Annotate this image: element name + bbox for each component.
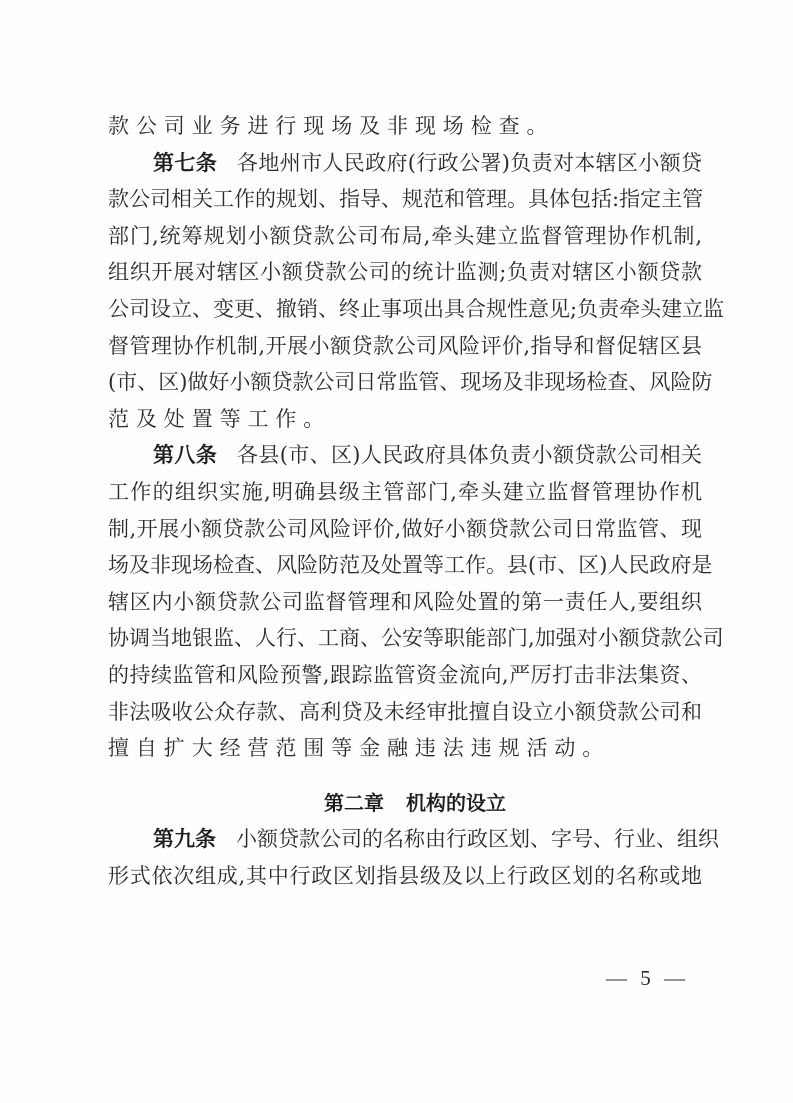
article-7-line: 款公司相关工作的规划、指导、规范和管理。具体包括:指定主管 [108, 181, 702, 218]
paragraph-continuation-line: 款公司业务进行现场及非现场检查。 [108, 108, 702, 145]
article-7-line: 组织开展对辖区小额贷款公司的统计监测;负责对辖区小额贷款 [108, 254, 702, 291]
article-8-line: 的持续监管和风险预警,跟踪监管资金流向,严厉打击非法集资、 [108, 657, 702, 694]
article-8-heading: 第八条 [153, 443, 217, 467]
article-8-line: 制,开展小额贷款公司风险评价,做好小额贷款公司日常监管、现 [108, 511, 702, 548]
article-8-line: 辖区内小额贷款公司监督管理和风险处置的第一责任人,要组织 [108, 584, 702, 621]
article-7-text: 各地州市人民政府(行政公署)负责对本辖区小额贷 [237, 151, 702, 175]
page-number: — 5 — [606, 966, 689, 991]
chapter-number: 第二章 [324, 791, 384, 815]
document-page: 款公司业务进行现场及非现场检查。 第七条各地州市人民政府(行政公署)负责对本辖区… [108, 108, 702, 894]
article-7-line: 公司设立、变更、撤销、终止事项出具合规性意见;负责牵头建立监 [108, 291, 702, 328]
article-8-line: 非法吸收公众存款、高利贷及未经审批擅自设立小额贷款公司和 [108, 694, 702, 731]
chapter-title: 机构的设立 [406, 791, 506, 815]
article-7-line: 范及处置等工作。 [108, 401, 702, 438]
article-9-heading: 第九条 [153, 827, 216, 851]
article-9-line: 形式依次组成,其中行政区划指县级及以上行政区划的名称或地 [108, 858, 702, 895]
article-8-line-1: 第八条各县(市、区)人民政府具体负责小额贷款公司相关 [108, 437, 702, 474]
article-7-line: (市、区)做好小额贷款公司日常监管、现场及非现场检查、风险防 [108, 364, 702, 401]
article-8-line: 场及非现场检查、风险防范及处置等工作。县(市、区)人民政府是 [108, 547, 702, 584]
article-9-line-1: 第九条小额贷款公司的名称由行政区划、字号、行业、组织 [108, 821, 702, 858]
article-7-line: 督管理协作机制,开展小额贷款公司风险评价,指导和督促辖区县 [108, 328, 702, 365]
article-7-line-1: 第七条各地州市人民政府(行政公署)负责对本辖区小额贷 [108, 145, 702, 182]
article-9-text: 小额贷款公司的名称由行政区划、字号、行业、组织 [236, 827, 719, 851]
article-7-line: 部门,统筹规划小额贷款公司布局,牵头建立监督管理协作机制, [108, 218, 702, 255]
article-8-text: 各县(市、区)人民政府具体负责小额贷款公司相关 [237, 443, 702, 467]
article-8-line: 工作的组织实施,明确县级主管部门,牵头建立监督管理协作机 [108, 474, 702, 511]
article-7-heading: 第七条 [153, 151, 217, 175]
chapter-heading: 第二章机构的设立 [108, 785, 702, 822]
article-8-line: 协调当地银监、人行、工商、公安等职能部门,加强对小额贷款公司 [108, 620, 702, 657]
article-8-line: 擅自扩大经营范围等金融违法违规活动。 [108, 730, 702, 767]
